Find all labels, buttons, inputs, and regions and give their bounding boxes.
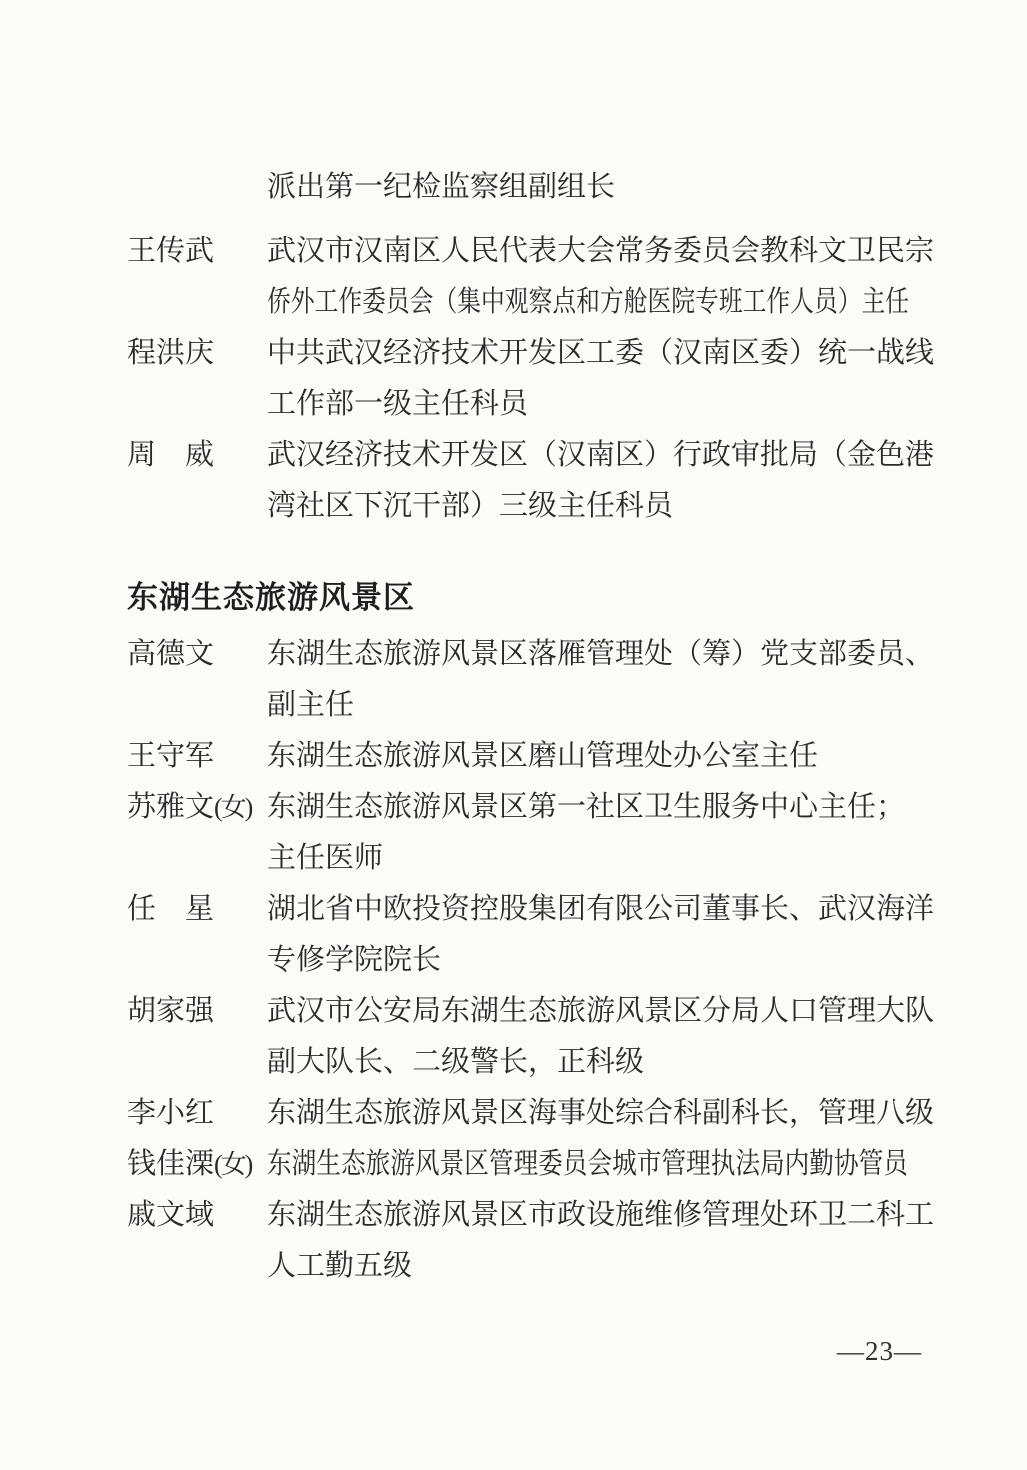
person-name: 王守军 — [127, 731, 267, 782]
entry-row: 李小红 东湖生态旅游风景区海事处综合科副科长，管理八级 — [127, 1088, 937, 1139]
entry-description: 东湖生态旅游风景区海事处综合科副科长，管理八级 — [267, 1088, 937, 1139]
entry-row: 胡家强 武汉市公安局东湖生态旅游风景区分局人口管理大队 副大队长、二级警长，正科… — [127, 986, 937, 1088]
person-name: 钱佳溧(女) — [127, 1139, 267, 1190]
description-line: 副大队长、二级警长，正科级 — [267, 1037, 937, 1088]
person-name: 程洪庆 — [127, 328, 267, 430]
entry-description: 武汉市公安局东湖生态旅游风景区分局人口管理大队 副大队长、二级警长，正科级 — [267, 986, 937, 1088]
entry-row: 周 威 武汉经济技术开发区（汉南区）行政审批局（金色港 湾社区下沉干部）三级主任… — [127, 430, 937, 532]
entry-description: 湖北省中欧投资控股集团有限公司董事长、武汉海洋 专修学院院长 — [267, 884, 937, 986]
description-line: 中共武汉经济技术开发区工委（汉南区委）统一战线 — [267, 328, 937, 379]
entry-row: 苏雅文(女) 东湖生态旅游风景区第一社区卫生服务中心主任； 主任医师 — [127, 782, 937, 884]
entry-description: 中共武汉经济技术开发区工委（汉南区委）统一战线 工作部一级主任科员 — [267, 328, 937, 430]
description-line: 东湖生态旅游风景区市政设施维修管理处环卫二科工 — [267, 1190, 937, 1241]
description-line: 副主任 — [267, 680, 937, 731]
entry-description: 武汉市汉南区人民代表大会常务委员会教科文卫民宗 侨外工作委员会（集中观察点和方舱… — [267, 226, 937, 328]
description-line: 武汉市汉南区人民代表大会常务委员会教科文卫民宗 — [267, 226, 937, 277]
continuation-line: 派出第一纪检监察组副组长 — [267, 162, 937, 213]
document-page: 派出第一纪检监察组副组长 王传武 武汉市汉南区人民代表大会常务委员会教科文卫民宗… — [0, 0, 1027, 1470]
person-name: 王传武 — [127, 226, 267, 328]
person-name: 任 星 — [127, 884, 267, 986]
description-line: 工作部一级主任科员 — [267, 379, 937, 430]
person-name-text: 钱佳溧 — [127, 1148, 214, 1180]
person-name-text: 苏雅文 — [127, 791, 214, 823]
entry-row: 程洪庆 中共武汉经济技术开发区工委（汉南区委）统一战线 工作部一级主任科员 — [127, 328, 937, 430]
person-name: 胡家强 — [127, 986, 267, 1088]
person-name: 戚文域 — [127, 1190, 267, 1292]
description-line: 东湖生态旅游风景区管理委员会城市管理执法局内勤协管员 — [267, 1139, 837, 1190]
entry-row: 钱佳溧(女) 东湖生态旅游风景区管理委员会城市管理执法局内勤协管员 — [127, 1139, 937, 1190]
description-line: 专修学院院长 — [267, 935, 937, 986]
description-line: 东湖生态旅游风景区磨山管理处办公室主任 — [267, 731, 937, 782]
entry-description: 东湖生态旅游风景区磨山管理处办公室主任 — [267, 731, 937, 782]
entry-row: 王传武 武汉市汉南区人民代表大会常务委员会教科文卫民宗 侨外工作委员会（集中观察… — [127, 226, 937, 328]
description-line: 武汉经济技术开发区（汉南区）行政审批局（金色港 — [267, 430, 937, 481]
entry-row: 王守军 东湖生态旅游风景区磨山管理处办公室主任 — [127, 731, 937, 782]
gender-suffix: (女) — [214, 793, 251, 822]
person-name: 李小红 — [127, 1088, 267, 1139]
description-line: 主任医师 — [267, 833, 937, 884]
description-line: 人工勤五级 — [267, 1241, 937, 1292]
gender-suffix: (女) — [214, 1150, 251, 1179]
entry-description: 东湖生态旅游风景区落雁管理处（筹）党支部委员、 副主任 — [267, 629, 937, 731]
document-content: 派出第一纪检监察组副组长 王传武 武汉市汉南区人民代表大会常务委员会教科文卫民宗… — [127, 162, 937, 1292]
entry-description: 武汉经济技术开发区（汉南区）行政审批局（金色港 湾社区下沉干部）三级主任科员 — [267, 430, 937, 532]
section-heading: 东湖生态旅游风景区 — [127, 572, 937, 623]
description-line: 东湖生态旅游风景区落雁管理处（筹）党支部委员、 — [267, 629, 937, 680]
description-line: 东湖生态旅游风景区海事处综合科副科长，管理八级 — [267, 1088, 937, 1139]
person-name: 周 威 — [127, 430, 267, 532]
entry-row: 戚文域 东湖生态旅游风景区市政设施维修管理处环卫二科工 人工勤五级 — [127, 1190, 937, 1292]
description-line: 湖北省中欧投资控股集团有限公司董事长、武汉海洋 — [267, 884, 937, 935]
description-line: 武汉市公安局东湖生态旅游风景区分局人口管理大队 — [267, 986, 937, 1037]
entry-row: 任 星 湖北省中欧投资控股集团有限公司董事长、武汉海洋 专修学院院长 — [127, 884, 937, 986]
entry-description: 东湖生态旅游风景区市政设施维修管理处环卫二科工 人工勤五级 — [267, 1190, 937, 1292]
description-line: 东湖生态旅游风景区第一社区卫生服务中心主任； — [267, 782, 937, 833]
description-line: 侨外工作委员会（集中观察点和方舱医院专班工作人员）主任 — [267, 277, 816, 328]
description-line: 湾社区下沉干部）三级主任科员 — [267, 481, 937, 532]
page-number: —23— — [837, 1336, 922, 1367]
entry-description: 东湖生态旅游风景区管理委员会城市管理执法局内勤协管员 — [267, 1139, 937, 1190]
person-name: 高德文 — [127, 629, 267, 731]
entry-row: 高德文 东湖生态旅游风景区落雁管理处（筹）党支部委员、 副主任 — [127, 629, 937, 731]
person-name: 苏雅文(女) — [127, 782, 267, 884]
entry-description: 东湖生态旅游风景区第一社区卫生服务中心主任； 主任医师 — [267, 782, 937, 884]
